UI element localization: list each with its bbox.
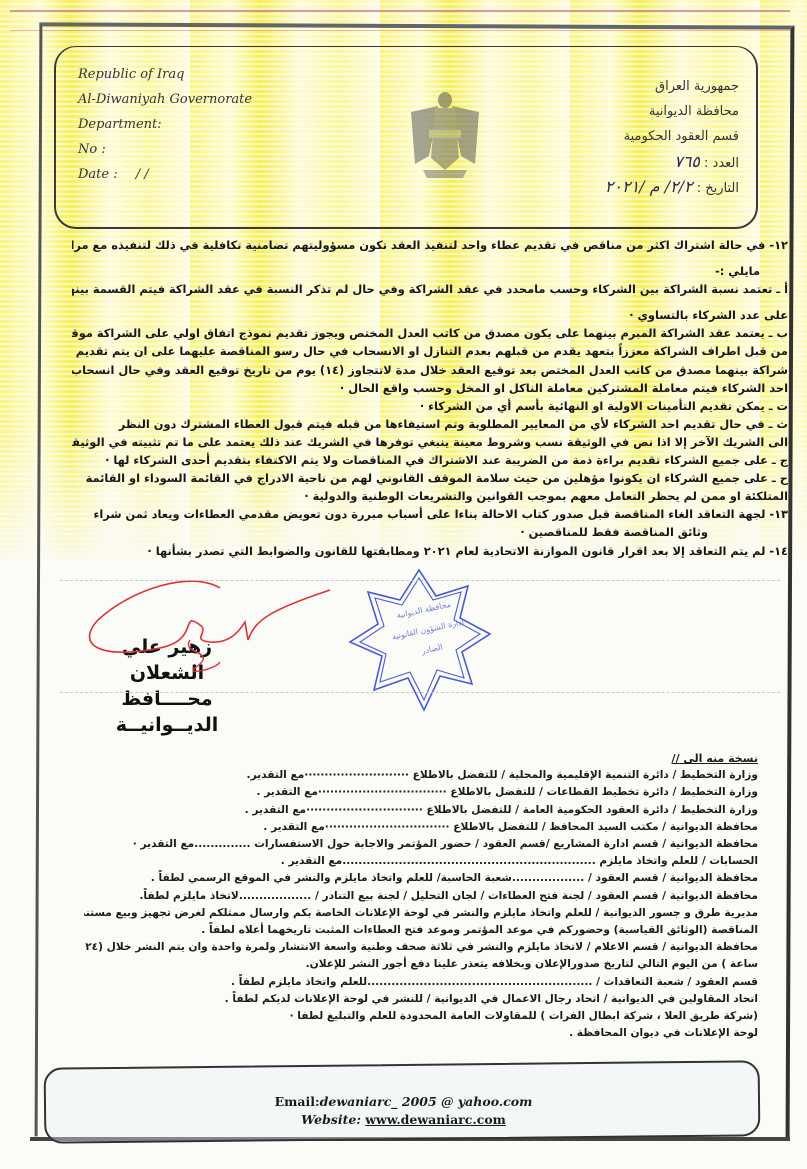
clause-14: ١٤- لم يتم التعاقد إلا بعد اقرار قانون ا… (72, 542, 788, 560)
handwritten-signature-icon (70, 570, 350, 690)
clause-12-a-continued: على عدد الشركاء بالتساوي · (72, 306, 788, 324)
letter-body: ١٢- في حالة اشتراك اكثر من مناقص في تقدي… (72, 236, 788, 560)
list-item: قسم العقود / شعبة التعاقدات / ..........… (84, 974, 758, 991)
clause-12-h-line2: المتلكئة او ممن لم يحظر التعامل معهم بمو… (72, 487, 788, 505)
governorate-ar: محافظة الديوانية (605, 99, 739, 124)
country-ar: جمهورية العراق (605, 74, 739, 99)
clause-12-continued: مايلي :- (72, 262, 788, 280)
list-item: وزارة التخطيط / دائرة تخطيط القطاعات / ل… (84, 784, 758, 801)
clause-12: ١٢- في حالة اشتراك اكثر من مناقص في تقدي… (72, 236, 788, 254)
divider (60, 692, 780, 693)
clause-12-b-line2: من قبل اطراف الشراكة معززاً بتعهد يقدم م… (72, 342, 788, 360)
clause-12-th-line2: الى الشريك الآخر إلا اذا نص في الوثيقة ن… (72, 433, 788, 451)
clause-13: ١٣- لجهة التعاقد الغاء المناقصة قبل صدور… (72, 505, 788, 523)
website-link[interactable]: www.dewaniarc.com (365, 1112, 506, 1127)
footer-website-line: Website: www.dewaniarc.com (0, 1112, 807, 1127)
date-value-en: / / (136, 167, 149, 182)
list-item: محافظة الديوانية / قسم ادارة المشاريع /ق… (84, 836, 758, 853)
letterhead-arabic: جمهورية العراق محافظة الديوانية قسم العق… (605, 74, 739, 199)
copies-title: نسخة منه الى // (84, 750, 784, 767)
email-address[interactable]: dewaniarc_ 2005 @ yahoo.com (320, 1094, 533, 1109)
date-label: Date : (78, 167, 118, 182)
number-value-ar: ٧٦٥ (674, 152, 700, 171)
scan-stripe (10, 10, 790, 12)
list-item: اتحاد المقاولين في الديوانية / اتحاد رجا… (84, 991, 758, 1008)
number-label-ar: العدد : (704, 156, 739, 171)
list-item: لوحة الإعلانات في ديوان المحافظة . (84, 1025, 758, 1042)
department-ar: قسم العقود الحكومية (605, 124, 739, 149)
date-label-ar: التاريخ : (697, 181, 739, 196)
list-item: محافظة الديوانية / قسم العقود / ........… (84, 870, 758, 887)
date-row-ar: التاريخ : ٢/٢/ م /٢٠٢١ (605, 174, 739, 199)
email-label: Email: (275, 1094, 320, 1109)
list-item: محافظة الديوانية / مكتب السيد المحافظ / … (84, 819, 758, 836)
clause-12-b-line4: احد الشركاء فيتم معاملة المشتركين معاملة… (72, 379, 788, 397)
number-label: No : (78, 137, 252, 162)
date-row-en: Date : / / (78, 162, 252, 187)
copies-list: وزارة التخطيط / دائرة التنمية الإقليمية … (84, 767, 784, 1042)
eagle-emblem-icon (405, 86, 485, 186)
country-en: Republic of Iraq (78, 62, 252, 87)
list-item: (شركة طريق العلا ، شركة ابطال الفرات ) ل… (84, 1008, 758, 1025)
number-row-ar: العدد : ٧٦٥ (605, 149, 739, 174)
list-item: وزارة التخطيط / دائرة التنمية الإقليمية … (84, 767, 758, 784)
list-item-continued: ساعة ) من اليوم التالي لتاريخ صدورالإعلا… (84, 956, 758, 973)
clause-12-b: ب ـ يعتمد عقد الشراكة المبرم بينهما على … (72, 324, 788, 342)
list-item: وزارة التخطيط / دائرة العقود الحكومية ال… (84, 802, 758, 819)
governorate-en: Al-Diwaniyah Governorate (78, 87, 252, 112)
clause-12-t: ت ـ يمكن تقديم التأمينات الاولية او النه… (72, 397, 788, 415)
date-value-ar: ٢/٢/ م /٢٠٢١ (605, 177, 693, 196)
clause-12-a: أ ـ تعتمد نسبة الشراكة بين الشركاء وحسب … (72, 280, 788, 298)
clause-13-continued: وثائق المناقصة فقط للمناقصين · (72, 523, 788, 541)
list-item: محافظة الديوانية / قسم العقود / لجنة فتح… (84, 888, 758, 905)
list-item-continued: المناقصة (الوثائق القياسية) وحضوركم في م… (84, 922, 758, 939)
divider (60, 580, 780, 581)
footer-email-line: Email:dewaniarc_ 2005 @ yahoo.com (0, 1094, 807, 1109)
clause-12-b-line3: شراكة بينهما مصدق من كاتب العدل المختص ب… (72, 361, 788, 379)
copies-distribution-list: نسخة منه الى // وزارة التخطيط / دائرة ال… (84, 750, 784, 1042)
website-label: Website: (301, 1112, 361, 1127)
letterhead-english: Republic of Iraq Al-Diwaniyah Governorat… (78, 62, 252, 187)
department-label: Department: (78, 112, 252, 137)
list-item: الحسابات / للعلم واتخاذ مايلزم .........… (84, 853, 758, 870)
list-item: مديرية طرق و جسور الديوانية / للعلم واتخ… (84, 905, 758, 922)
clause-12-h: ح ـ على جميع الشركاء ان يكونوا مؤهلين من… (72, 469, 788, 487)
signatory-title: محــــافظ الديــوانيــة (92, 686, 242, 738)
list-item: محافظة الديوانية / قسم الاعلام / لاتخاذ … (84, 939, 758, 956)
clause-12-th: ث ـ في حال تقديم احد الشركاء لأي من المع… (72, 415, 788, 433)
clause-12-j: ج ـ على جميع الشركاء تقديم براءة ذمة من … (72, 451, 788, 469)
